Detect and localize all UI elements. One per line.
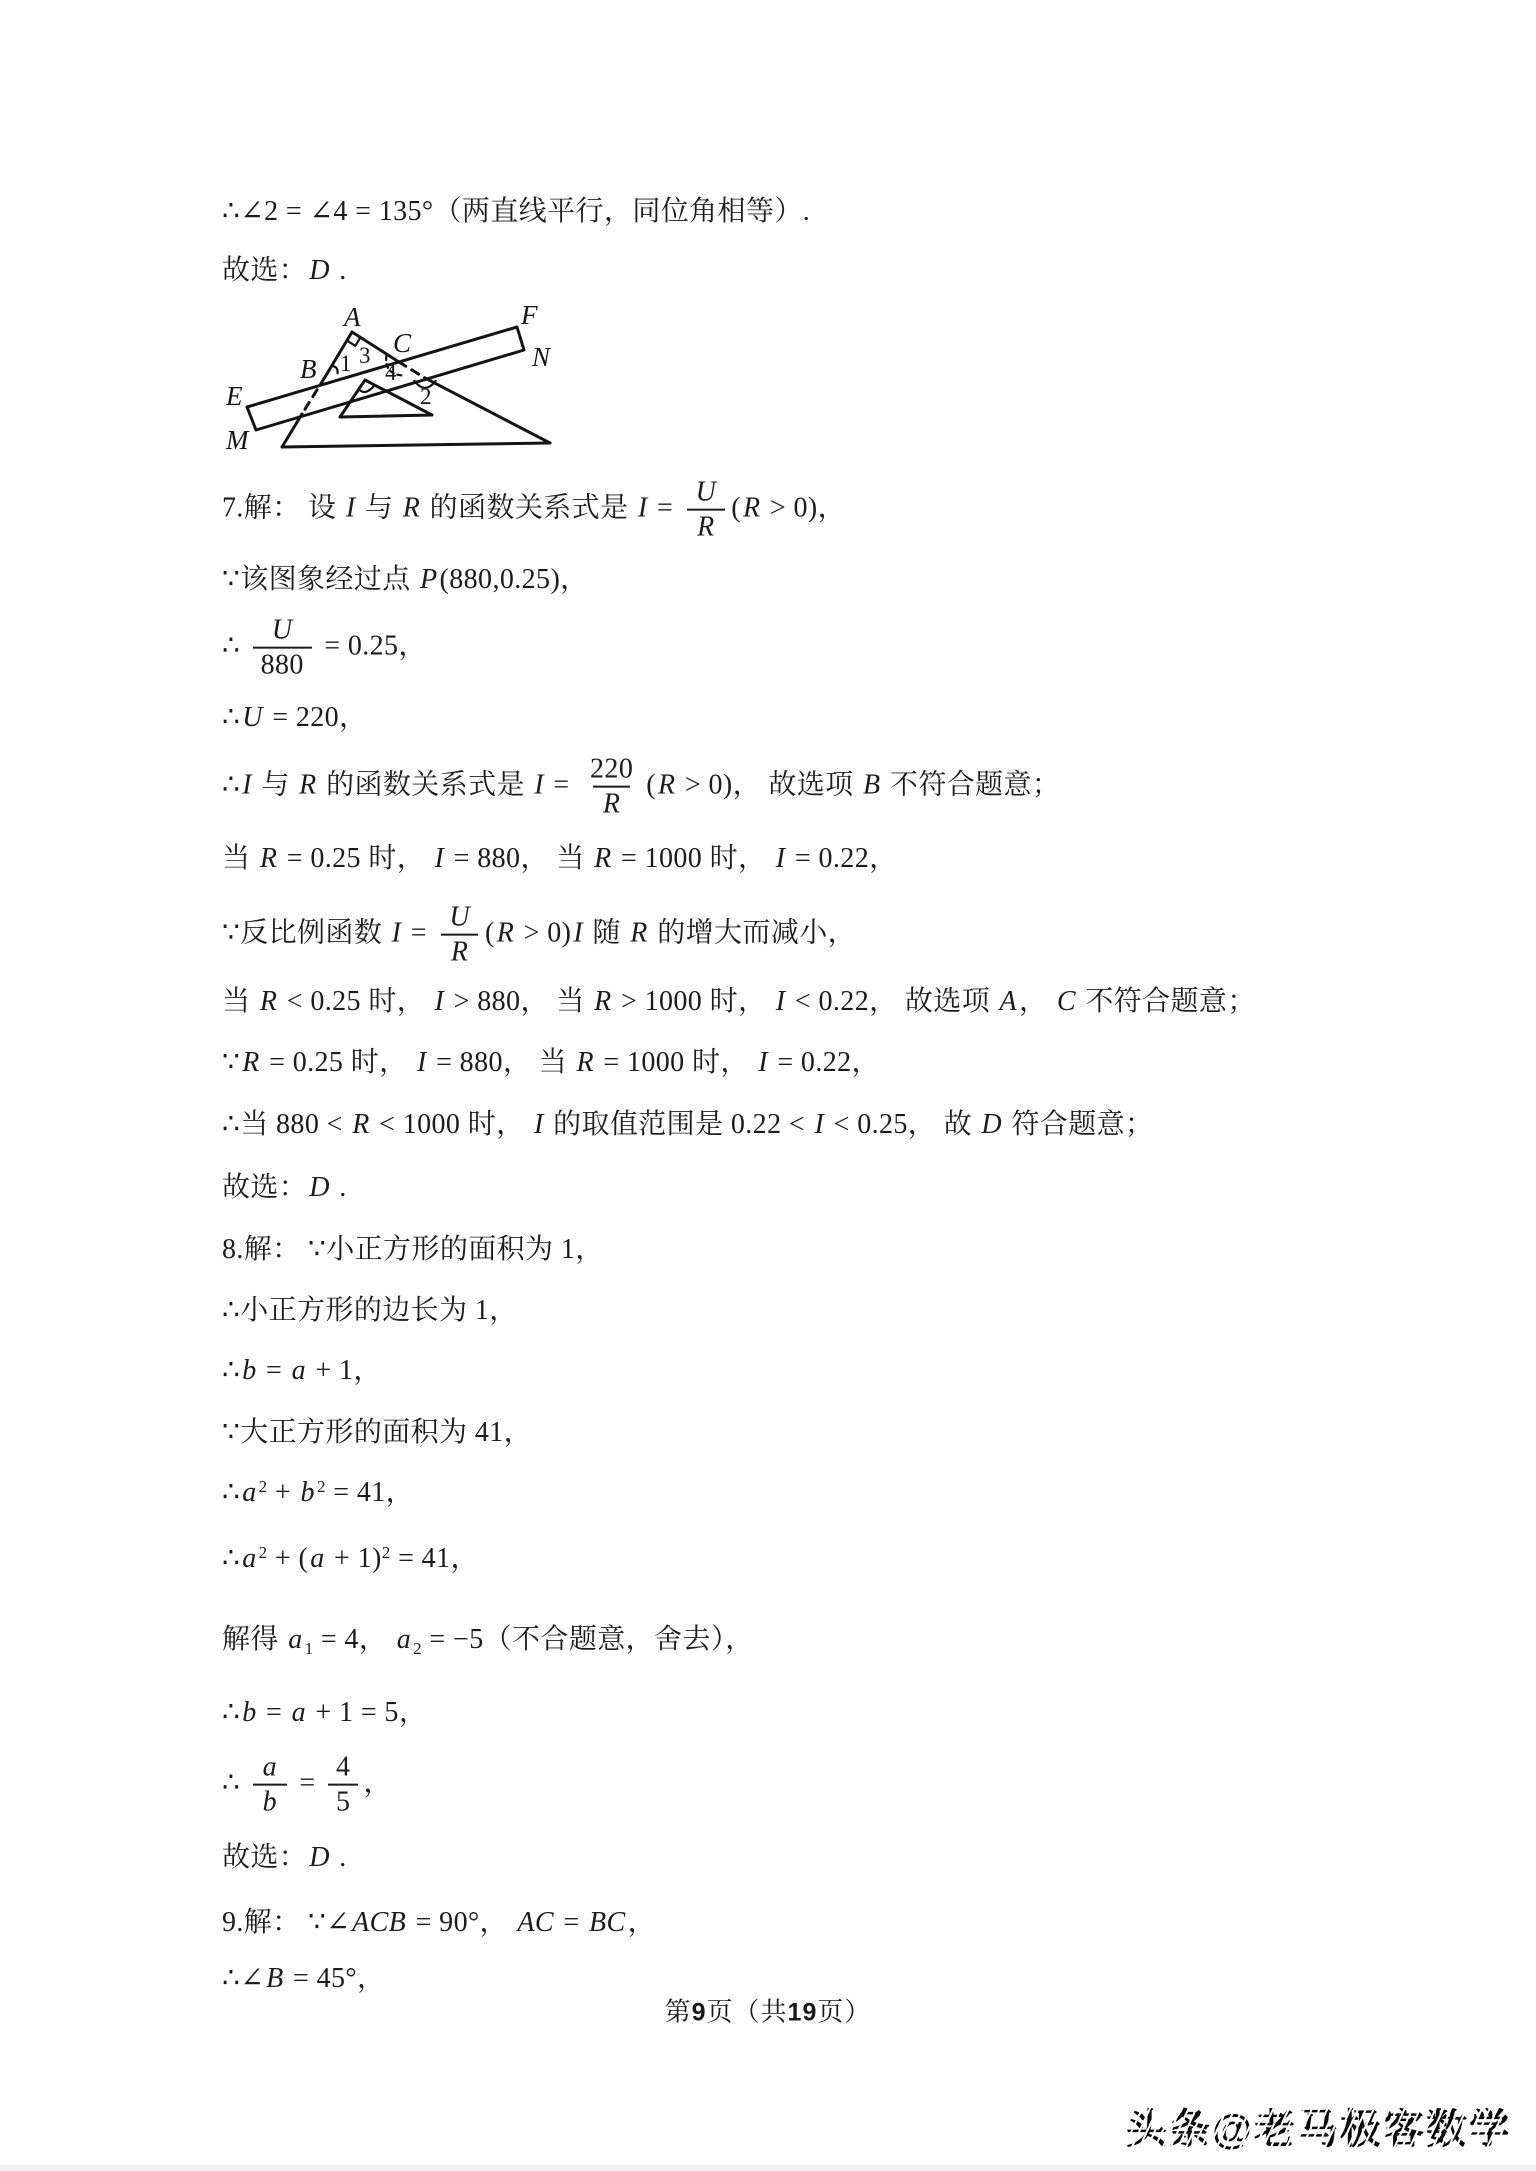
solution-line-13: 故选：D . bbox=[222, 1165, 347, 1205]
scan-edge bbox=[0, 2165, 1536, 2171]
fraction: UR bbox=[439, 901, 480, 970]
document-page: { "watermark": { "text": "头条@老马极客数学" }, … bbox=[0, 0, 1536, 2171]
fraction: 45 bbox=[328, 1751, 358, 1820]
solution-line-23: 故选：D . bbox=[222, 1835, 347, 1875]
solution-line-2: 故选：D . bbox=[222, 248, 347, 288]
triangle-right-edge-lower bbox=[425, 378, 550, 443]
solution-line-3: 7.解： 设 I 与 R 的函数关系式是 I = UR(R > 0)， bbox=[222, 476, 846, 545]
angle-label-1: 1 bbox=[340, 351, 352, 376]
solution-line-5: ∴ U880 = 0.25， bbox=[222, 614, 427, 683]
solution-line-12: ∴当 880 < R < 1000 时， I 的取值范围是 0.22 < I <… bbox=[222, 1102, 1153, 1142]
point-label-A: A bbox=[342, 302, 361, 332]
solution-line-4: ∵该图象经过点 P(880,0.25)， bbox=[222, 557, 589, 597]
solution-line-10: 当 R < 0.25 时， I > 880， 当 R > 1000 时， I <… bbox=[222, 979, 1256, 1019]
solution-line-14: 8.解： ∵小正方形的面积为 1， bbox=[222, 1227, 604, 1267]
solution-line-11: ∵R = 0.25 时， I = 880， 当 R = 1000 时， I = … bbox=[222, 1040, 880, 1080]
point-label-B: B bbox=[300, 354, 317, 384]
point-label-F: F bbox=[520, 300, 538, 330]
solution-line-1: ∴∠2 = ∠4 = 135°（两直线平行，同位角相等）. bbox=[222, 189, 810, 229]
geometry-figure: ABCEMFN1342 bbox=[140, 290, 600, 480]
solution-line-22: ∴ ab = 45， bbox=[222, 1751, 392, 1820]
solution-line-24: 9.解： ∵∠ACB = 90°， AC = BC， bbox=[222, 1900, 656, 1940]
fraction: UR bbox=[686, 476, 727, 545]
fraction: ab bbox=[253, 1751, 287, 1820]
point-label-C: C bbox=[393, 328, 412, 358]
solution-line-19: ∴a2 + (a + 1)2 = 41， bbox=[222, 1536, 479, 1576]
solution-line-7: ∴I 与 R 的函数关系式是 I = 220R(R > 0)， 故选项 B 不符… bbox=[222, 753, 1060, 822]
angle-label-2: 2 bbox=[420, 384, 432, 409]
solution-line-16: ∴b = a + 1， bbox=[222, 1348, 382, 1388]
point-label-N: N bbox=[531, 342, 552, 372]
solution-line-17: ∵大正方形的面积为 41， bbox=[222, 1410, 532, 1450]
solution-line-15: ∴小正方形的边长为 1， bbox=[222, 1288, 518, 1328]
solution-line-6: ∴U = 220， bbox=[222, 695, 367, 735]
triangle-right-edge-hidden bbox=[399, 362, 425, 378]
triangle-base bbox=[282, 443, 550, 447]
solution-line-8: 当 R = 0.25 时， I = 880， 当 R = 1000 时， I =… bbox=[222, 836, 898, 876]
fraction: U880 bbox=[253, 614, 312, 683]
point-label-E: E bbox=[225, 381, 243, 411]
point-label-M: M bbox=[225, 425, 250, 455]
solution-line-9: ∵反比例函数 I = UR(R > 0)I 随 R 的增大而减小， bbox=[222, 901, 856, 970]
solution-line-20: 解得 a1 = 4， a2 = −5（不合题意，舍去）， bbox=[222, 1617, 754, 1657]
angle-label-3: 3 bbox=[359, 343, 371, 368]
watermark: 头条@老马极客数学 bbox=[1126, 2096, 1512, 2155]
page-footer: 第9页（共19页） bbox=[0, 1992, 1536, 2029]
solution-line-21: ∴b = a + 1 = 5， bbox=[222, 1690, 427, 1730]
angle-1-arc bbox=[332, 366, 338, 373]
solution-line-25: ∴∠B = 45°， bbox=[222, 1956, 385, 1996]
angle-label-4: 4 bbox=[385, 360, 397, 385]
fraction: 220R bbox=[582, 753, 641, 822]
solution-line-18: ∴a2 + b2 = 41， bbox=[222, 1470, 414, 1510]
